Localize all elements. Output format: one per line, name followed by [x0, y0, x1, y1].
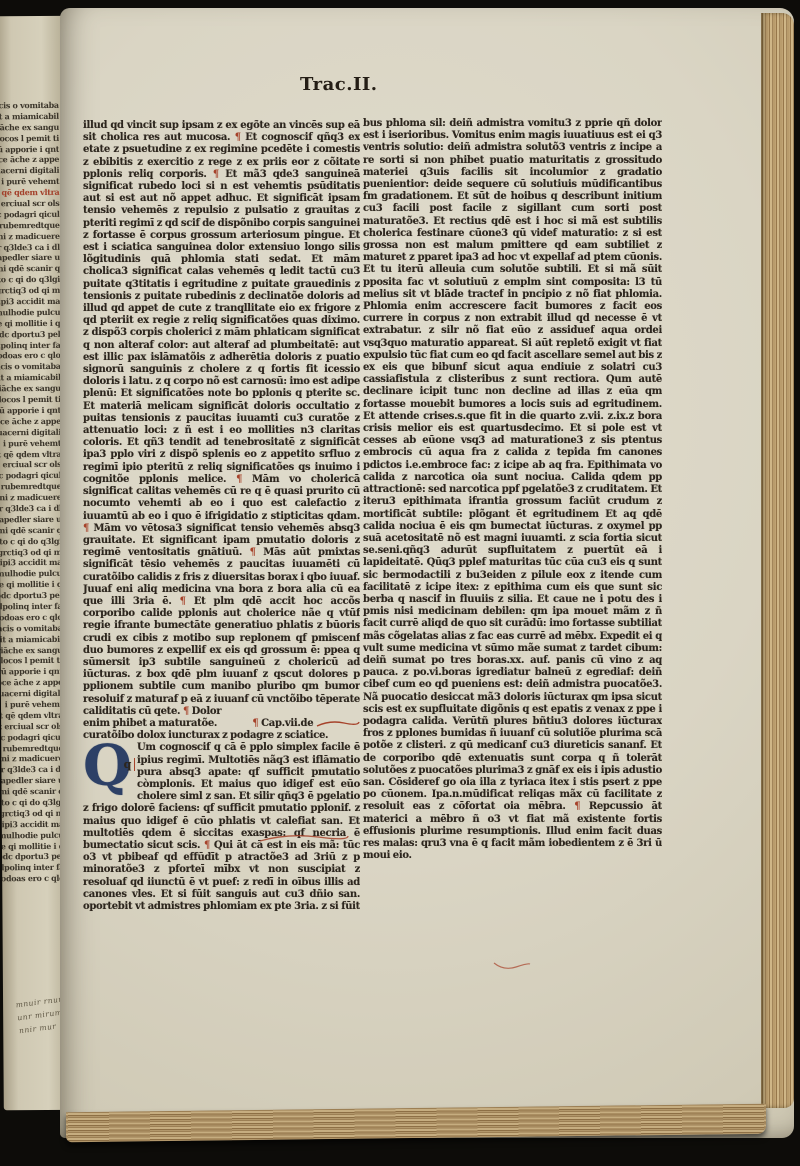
- gutter-text-line: fo fit a miamicabil: [0, 372, 61, 384]
- gutter-text-line: pgrctiq3 od qi m: [0, 546, 62, 558]
- rubric-pilcrow-icon: ¶: [252, 718, 258, 729]
- running-head-title: Trac.II.: [300, 74, 378, 95]
- left-column-body-1: illud qd vincit sup ipsam z ex egõte an …: [83, 120, 360, 717]
- gutter-text-line: dlpolinq inter fa: [0, 339, 61, 351]
- gutter-text-line: pgrctiq3 od qi m: [0, 285, 60, 297]
- gutter-text-line: rubemredtque: [0, 220, 60, 232]
- gutter-text-line: rodoas ero c qlo: [0, 612, 62, 624]
- gutter-text-line: de qi mollitie i q: [0, 840, 64, 852]
- gutter-text-line: doce āche z appe: [0, 154, 59, 166]
- gutter-text-line: rani z madicuere: [0, 231, 60, 243]
- gutter-text-line: i purē vehemt: [0, 176, 59, 188]
- text-column-right: bus phloma sil: deiñ admistra vomitu3 z …: [363, 118, 662, 914]
- gutter-text-line: mi qdē scanir q: [0, 786, 64, 798]
- gutter-text-line: gapedler siare u: [0, 514, 62, 526]
- gutter-text-line: de qi mollitie i q: [0, 318, 60, 330]
- rubric-stroke-icon: [134, 758, 136, 771]
- rubric-swash-icon: [258, 832, 350, 844]
- rubric-flourish-icon: [316, 719, 360, 728]
- chapter-heading-lead: enim phibet a maturatõe.: [83, 718, 217, 730]
- chapter-heading-label: ¶ Cap.vii.de: [252, 718, 360, 730]
- gutter-text-line: i purē vehemt: [0, 437, 61, 449]
- gutter-text-line: Et qē qdem vltra: [0, 710, 63, 722]
- gutter-text-line: c podagri qicul: [0, 470, 61, 482]
- gutter-text-line: ac locos l pemit ti: [0, 655, 63, 667]
- gutter-text-line: rū apporie i qnt: [0, 666, 63, 678]
- gutter-text-line: rū apporie i qnt: [0, 143, 59, 155]
- gutter-text-line: ter q3lde3 ca i dl: [0, 764, 63, 776]
- photo-background: ncis o vomitabafo fit a miamicabilriāche…: [0, 0, 800, 1166]
- text-column-left: illud qd vincit sup ipsam z ex egõte an …: [83, 120, 360, 912]
- fore-edge-page-stack: [761, 13, 794, 1108]
- gutter-text-line: uacerni digitali: [0, 427, 61, 439]
- gutter-text-line: ter q3lde3 ca i dl: [0, 503, 62, 515]
- rubric-swash-icon: [492, 960, 532, 972]
- gutter-text-line: uacerni digitali: [0, 688, 63, 700]
- chapter-heading-row: enim phibet a maturatõe. ¶ Cap.vii.de: [83, 718, 360, 730]
- gutter-text-line: fo fit a miamicabil: [0, 633, 63, 645]
- gutter-text-line: uacerni digitali: [0, 165, 59, 177]
- gutter-text-line: gapedler siare u: [0, 775, 64, 787]
- gutter-text-line: Et qē qdem vltra: [0, 187, 59, 199]
- gutter-text-line: Ei ipi3 accidit ma: [0, 296, 60, 308]
- book-page: Trac.II. illud qd vincit sup ipsam z ex …: [60, 8, 794, 1138]
- drop-cap-initial: Q q: [83, 743, 133, 793]
- gutter-text-line: rani z madicuere: [0, 753, 63, 765]
- gutter-text-line: z erciual scr ols: [0, 721, 63, 733]
- gutter-text-line: lato c qi do q3lgi: [0, 535, 62, 547]
- gutter-text-line: rpdc dportu3 pel: [0, 590, 62, 602]
- gutter-text-line: ncis o vomitaba: [0, 361, 61, 373]
- gutter-text-line: riāche ex sangu: [0, 644, 63, 656]
- gutter-text-line: fo fit a miamicabil: [0, 111, 59, 123]
- gutter-text-line: mi qdē scanir q: [0, 525, 62, 537]
- gutter-text-line: lato c qi do q3lgi: [0, 274, 60, 286]
- gutter-text-line: rodoas ero c qlo: [0, 350, 61, 362]
- gutter-text-line: Ei ipi3 accidit ma: [0, 557, 62, 569]
- gutter-text-line: i mulhodie pulcu: [0, 830, 64, 842]
- gutter-text-line: rani z madicuere: [0, 492, 62, 504]
- gutter-text-line: i mulhodie pulcu: [0, 307, 60, 319]
- gutter-text-line: z erciual scr ols: [0, 459, 61, 471]
- gutter-text-line: rodoas ero c qlo: [0, 873, 64, 885]
- gutter-text-line: ter q3lde3 ca i dl: [0, 241, 60, 253]
- gutter-text-line: c podagri qicul: [0, 209, 60, 221]
- gutter-text-line: Et qē qdem vltra: [0, 448, 61, 460]
- gutter-text-line: pgrctiq3 od qi m: [0, 808, 64, 820]
- gutter-text-line: ac locos l pemit ti: [0, 133, 59, 145]
- gutter-text-line: i purē vehemt: [0, 699, 63, 711]
- gutter-text-line: z erciual scr ols: [0, 198, 60, 210]
- gutter-text-line: dlpolinq inter fa: [0, 862, 64, 874]
- right-column-body: bus phloma sil: deiñ admistra vomitu3 z …: [363, 118, 662, 861]
- gutter-text-line: gapedler siare u: [0, 252, 60, 264]
- gutter-text-line: ncis o vomitaba: [0, 623, 62, 635]
- guide-letter: q: [124, 759, 131, 771]
- gutter-text-line: de qi mollitie i q: [0, 579, 62, 591]
- gutter-text-line: rū apporie i qnt: [0, 405, 61, 417]
- gutter-text-line: ac locos l pemit ti: [0, 394, 61, 406]
- gutter-text-line: ncis o vomitaba: [0, 100, 59, 112]
- gutter-text-line: rpdc dportu3 pel: [0, 329, 60, 341]
- gutter-text-line: dlpolinq inter fa: [0, 601, 62, 613]
- gutter-text-line: riāche ex sangu: [0, 383, 61, 395]
- gutter-text-line: doce āche z appe: [0, 416, 61, 428]
- chapter-number: Cap.vii.de: [261, 718, 313, 729]
- gutter-text-line: rubemredtque: [0, 742, 63, 754]
- gutter-text-line: rubemredtque: [0, 481, 62, 493]
- gutter-text-line: doce āche z appe: [0, 677, 63, 689]
- gutter-text-line: c podagri qicul: [0, 732, 63, 744]
- gutter-text-line: lato c qi do q3lgi: [0, 797, 64, 809]
- gutter-text-line: rpdc dportu3 pel: [0, 851, 64, 863]
- gutter-text-line: mi qdē scanir q: [0, 263, 60, 275]
- gutter-clipped-text: ncis o vomitabafo fit a miamicabilriāche…: [0, 100, 64, 885]
- bottom-edge-page-stack: [66, 1104, 766, 1143]
- gutter-text-line: Ei ipi3 accidit ma: [0, 819, 64, 831]
- chapter-body: Q q Um cognoscif q cā ē pplo simplex fac…: [83, 742, 360, 912]
- gutter-text-line: riāche ex sangu: [0, 122, 59, 134]
- gutter-text-line: i mulhodie pulcu: [0, 568, 62, 580]
